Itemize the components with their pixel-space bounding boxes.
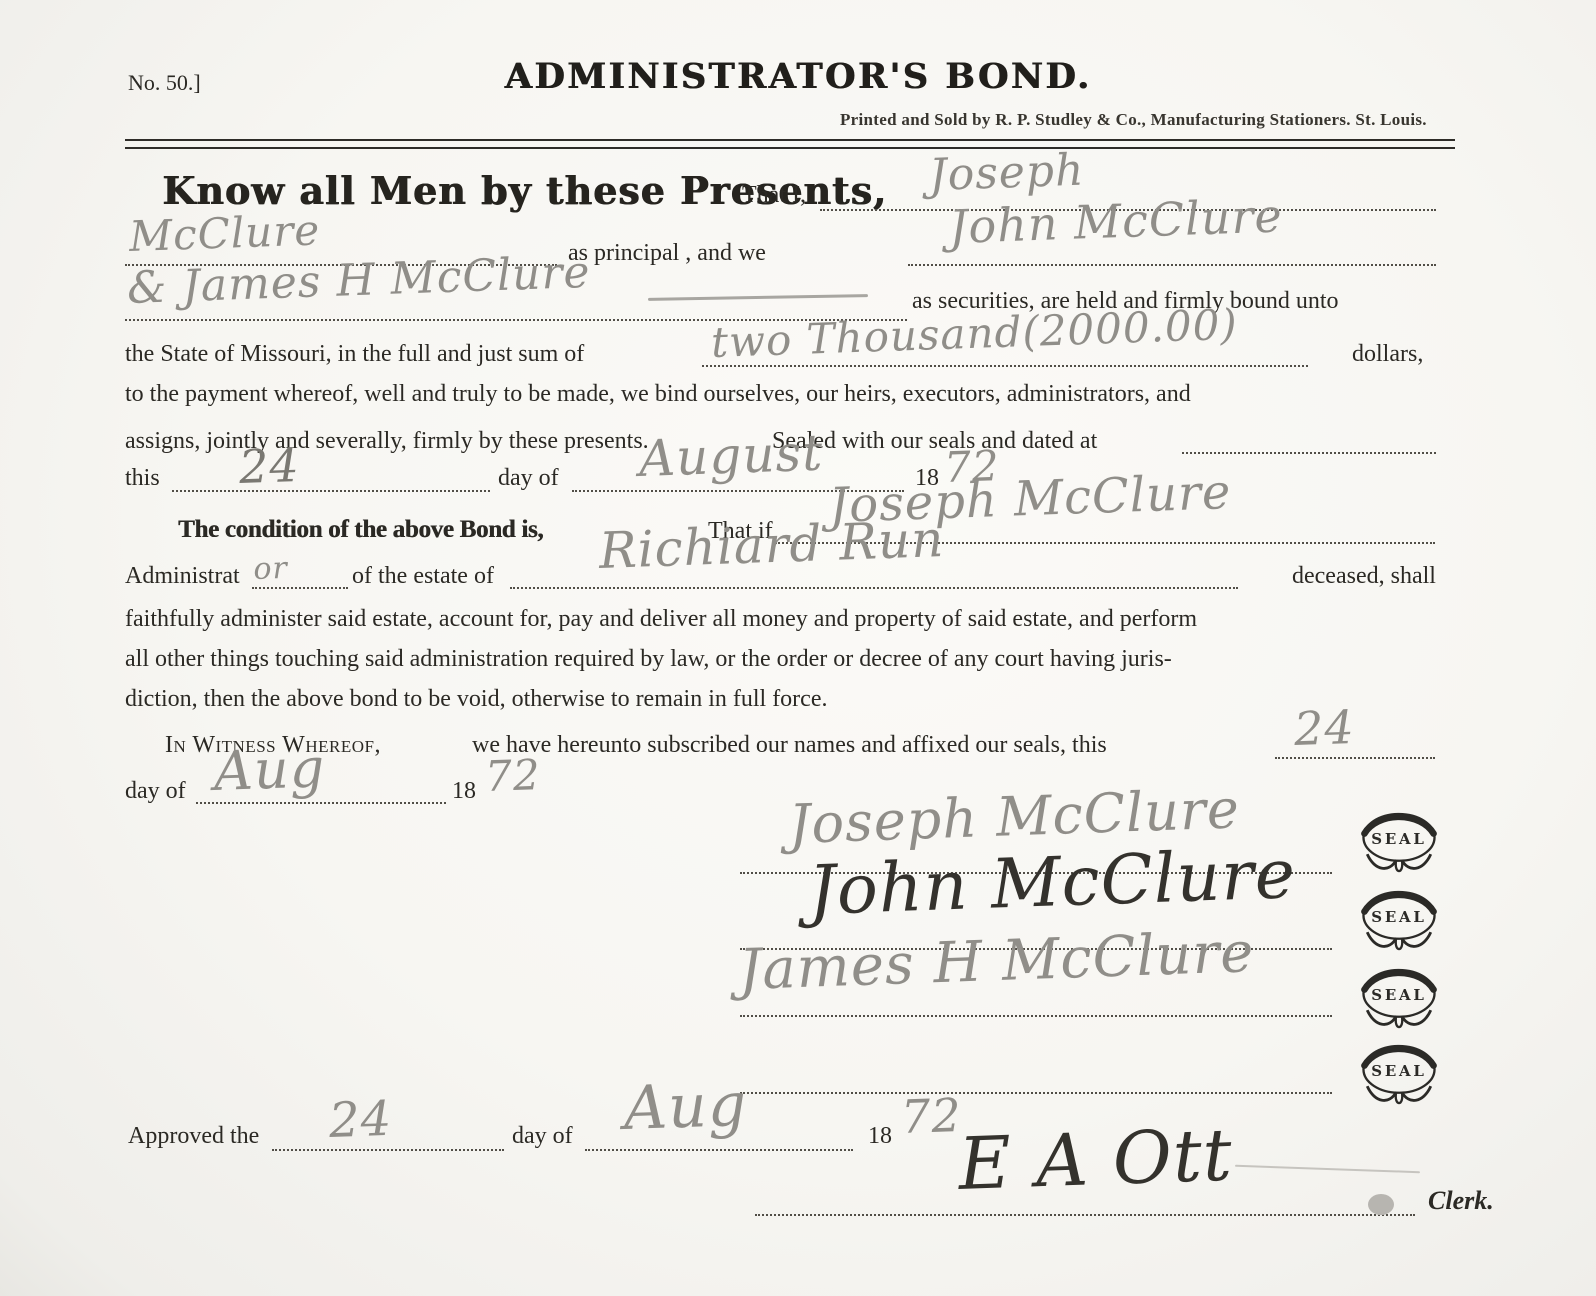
printer-credit: Printed and Sold by R. P. Studley & Co.,… <box>840 110 1410 130</box>
day-entry: 24 <box>238 438 300 494</box>
administrat-ending-entry: or <box>253 551 289 587</box>
surety1-entry: John McClure <box>948 188 1283 254</box>
seal-label: SEAL <box>1371 1062 1426 1080</box>
approval-year-prefix: 18 <box>868 1123 892 1151</box>
witness-day-line <box>1275 757 1435 759</box>
witness-day-of-label: day of <box>125 778 186 806</box>
principal-first-name-entry: Joseph <box>928 145 1085 201</box>
pen-stroke <box>1235 1165 1420 1173</box>
seal-label: SEAL <box>1371 830 1426 848</box>
decedent-name-entry: Richiard Run <box>598 510 945 580</box>
administrat-ending-line <box>252 587 348 589</box>
approval-day-of-label: day of <box>512 1123 573 1151</box>
as-principal-label: as principal , and we <box>568 240 766 268</box>
approved-the-label: Approved the <box>128 1123 259 1151</box>
decedent-name-line <box>510 587 1238 589</box>
clerk-label: Clerk. <box>1428 1186 1494 1216</box>
this-label: this <box>125 465 160 493</box>
approval-month-entry: Aug <box>623 1070 749 1144</box>
principal-last-name-entry: McClure <box>128 205 321 261</box>
month-entry: August <box>638 424 824 488</box>
seal-emblem: SEAL <box>1352 1032 1446 1118</box>
approval-day-line <box>272 1149 504 1151</box>
payment-line: to the payment whereof, well and truly t… <box>125 381 1191 409</box>
condition-line-3: diction, then the above bond to be void,… <box>125 686 827 714</box>
seal-label: SEAL <box>1371 986 1426 1004</box>
witness-day-entry: 24 <box>1293 700 1355 756</box>
deceased-label: deceased, shall <box>1292 563 1436 591</box>
dollars-label: dollars, <box>1352 341 1423 369</box>
sum-entry: two Thousand(2000.00) <box>710 300 1238 367</box>
assigns-line: assigns, jointly and severally, firmly b… <box>125 428 649 456</box>
day-line <box>172 490 490 492</box>
approval-year-entry: 72 <box>900 1088 962 1144</box>
witness-year-entry: 72 <box>484 750 541 801</box>
clerk-signature-entry: E A Ott <box>957 1112 1234 1206</box>
header-rule-top <box>125 139 1455 141</box>
witness-year-prefix: 18 <box>452 778 476 806</box>
seal-emblem: SEAL <box>1352 956 1446 1042</box>
estate-of-label: of the estate of <box>352 563 494 591</box>
clerk-signature-line <box>755 1214 1415 1216</box>
seal-emblem: SEAL <box>1352 800 1446 886</box>
that-i-label: That I, <box>742 182 806 210</box>
witness-month-entry: Aug <box>213 736 326 803</box>
administrat-stub: Administrat <box>125 563 240 591</box>
condition-line-1: faithfully administer said estate, accou… <box>125 606 1197 634</box>
seal-emblem: SEAL <box>1352 878 1446 964</box>
approval-day-entry: 24 <box>328 1091 393 1149</box>
surety1-line <box>908 264 1436 266</box>
day-of-label: day of <box>498 465 559 493</box>
ink-blot <box>1368 1194 1394 1215</box>
witness-rest-label: we have hereunto subscribed our names an… <box>472 732 1107 760</box>
condition-line-2: all other things touching said administr… <box>125 646 1172 674</box>
signature-entry: John McClure <box>807 835 1297 931</box>
approval-month-line <box>585 1149 853 1151</box>
signature-entry: James H McClure <box>738 920 1256 1003</box>
scanned-document-page: No. 50.] ADMINISTRATOR'S BOND. Printed a… <box>0 0 1596 1296</box>
dated-at-line <box>1182 452 1436 454</box>
signature-line <box>740 1092 1332 1094</box>
header-rule-bottom <box>125 147 1455 149</box>
condition-lead: The condition of the above Bond is, <box>178 516 543 545</box>
signature-line <box>740 1015 1332 1017</box>
sum-lead-label: the State of Missouri, in the full and j… <box>125 341 584 369</box>
pen-stroke <box>648 294 868 301</box>
sum-line <box>702 365 1308 367</box>
document-title: ADMINISTRATOR'S BOND. <box>0 56 1596 97</box>
seal-label: SEAL <box>1371 908 1426 926</box>
